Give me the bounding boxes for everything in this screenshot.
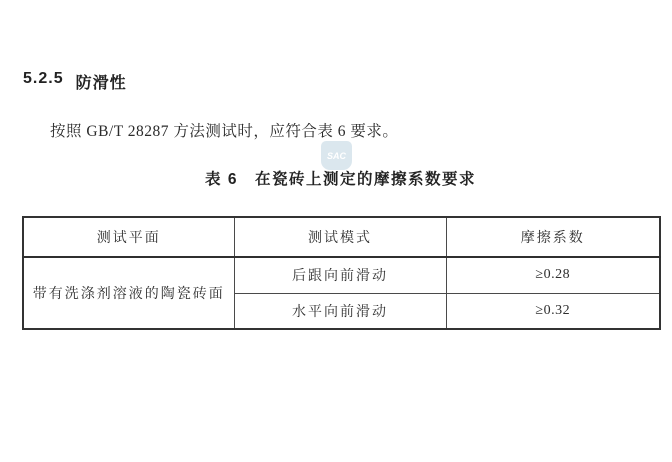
cell-test-surface: 带有洗涤剂溶液的陶瓷砖面 <box>23 257 234 329</box>
header-test-surface: 测试平面 <box>23 217 234 257</box>
friction-coefficient-table: 测试平面 测试模式 摩擦系数 带有洗涤剂溶液的陶瓷砖面 后跟向前滑动 ≥0.28… <box>22 216 661 330</box>
table-row: 带有洗涤剂溶液的陶瓷砖面 后跟向前滑动 ≥0.28 <box>23 257 660 293</box>
section-heading: 5.2.5 防滑性 <box>23 70 127 93</box>
body-paragraph: 按照 GB/T 28287 方法测试时，应符合表 6 要求。 <box>50 119 398 141</box>
table-caption: 表 6 在瓷砖上测定的摩擦系数要求 <box>22 167 659 189</box>
section-title: 防滑性 <box>76 70 127 93</box>
header-friction-coefficient: 摩擦系数 <box>446 217 660 257</box>
cell-mode-heel: 后跟向前滑动 <box>234 257 446 293</box>
document-page: 5.2.5 防滑性 按照 GB/T 28287 方法测试时，应符合表 6 要求。… <box>0 0 672 462</box>
cell-value-horizontal: ≥0.32 <box>446 293 660 329</box>
cell-value-heel: ≥0.28 <box>446 257 660 293</box>
section-number: 5.2.5 <box>23 70 64 93</box>
sac-watermark-logo: SAC <box>321 141 352 170</box>
table-header-row: 测试平面 测试模式 摩擦系数 <box>23 217 660 257</box>
cell-mode-horizontal: 水平向前滑动 <box>234 293 446 329</box>
header-test-mode: 测试模式 <box>234 217 446 257</box>
